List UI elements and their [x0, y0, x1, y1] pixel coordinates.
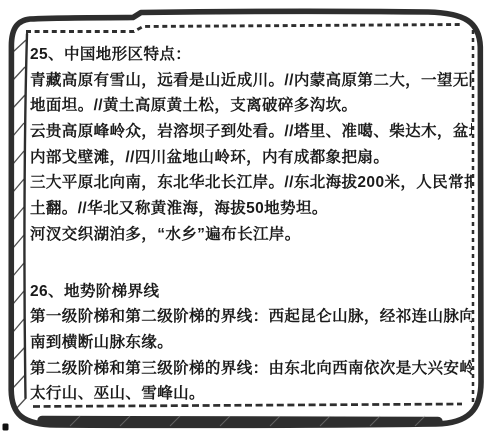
- text-line: 河汊交织湖泊多，“水乡”遍布长江岸。: [30, 222, 472, 248]
- section-25-lines: 青藏高原有雪山，远看是山近成川。//内蒙高原第二大，一望无际地面坦。//黄土高原…: [30, 68, 472, 248]
- text-line: 南到横断山脉东缘。: [30, 330, 472, 356]
- section-25-heading: 25、中国地形区特点：: [30, 42, 472, 68]
- section-terrain-steps: 26、地势阶梯界线 第一级阶梯和第二级阶梯的界线：西起昆仑山脉，经祁连山脉向东南…: [30, 279, 472, 407]
- corner-dot: [3, 424, 9, 431]
- text-line: 第二级阶梯和第三级阶梯的界线：由东北向西南依次是大兴安岭、: [30, 356, 472, 382]
- section-26-lines: 第一级阶梯和第二级阶梯的界线：西起昆仑山脉，经祁连山脉向东南到横断山脉东缘。第二…: [30, 304, 472, 407]
- text-line: 第一级阶梯和第二级阶梯的界线：西起昆仑山脉，经祁连山脉向东: [30, 304, 472, 330]
- text-line: 三大平原北向南，东北华北长江岸。//东北海拔200米，人民常把黑: [30, 170, 472, 196]
- section-26-heading: 26、地势阶梯界线: [30, 279, 472, 305]
- frame-dashed-top: [26, 25, 461, 32]
- frame-bottom-band: [42, 421, 438, 422]
- text-line: 云贵高原峰岭众，岩溶坝子到处看。//塔里、准噶、柴达木，盆地: [30, 119, 472, 145]
- text-line: 青藏高原有雪山，远看是山近成川。//内蒙高原第二大，一望无际: [30, 68, 472, 94]
- notes-content: 25、中国地形区特点： 青藏高原有雪山，远看是山近成川。//内蒙高原第二大，一望…: [30, 42, 472, 407]
- notes-page: 25、中国地形区特点： 青藏高原有雪山，远看是山近成川。//内蒙高原第二大，一望…: [0, 0, 499, 438]
- text-line: 地面坦。//黄土高原黄土松，支离破碎多沟坎。: [30, 93, 472, 119]
- text-line: 土翻。//华北又称黄淮海，海拔50地势坦。: [30, 196, 472, 222]
- frame-left-inner-line: [24, 34, 27, 398]
- text-line: 太行山、巫山、雪峰山。: [30, 381, 472, 407]
- text-line: 内部戈壁滩，//四川盆地山岭环，内有成都象把扇。: [30, 145, 472, 171]
- section-terrain-features: 25、中国地形区特点： 青藏高原有雪山，远看是山近成川。//内蒙高原第二大，一望…: [30, 42, 472, 248]
